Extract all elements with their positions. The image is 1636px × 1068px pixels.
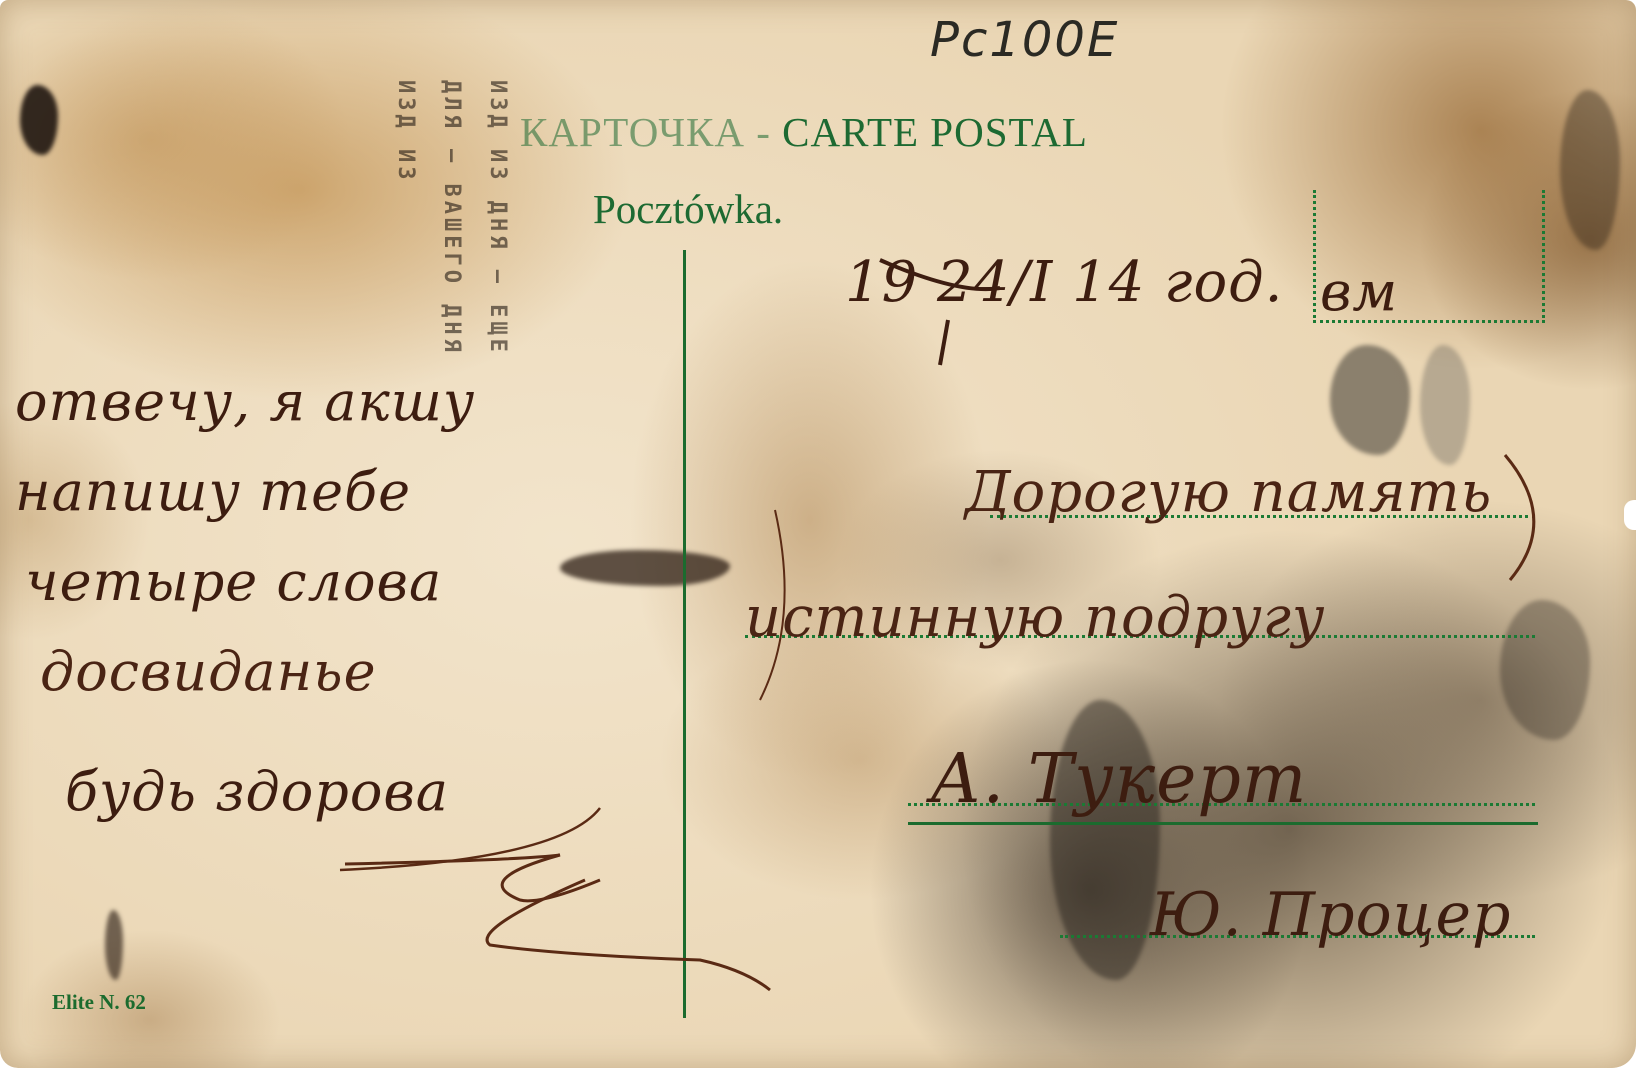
handwritten-address-line-4: Ю. Процер bbox=[1150, 880, 1511, 950]
center-divider bbox=[683, 250, 686, 1018]
ink-stain bbox=[1500, 600, 1590, 740]
ink-stain bbox=[1420, 345, 1470, 465]
handwritten-date: 19 24/I 14 год. bbox=[845, 250, 1283, 315]
message-line-5: будь здорова bbox=[65, 760, 449, 823]
publisher-mark: Elite N. 62 bbox=[52, 990, 146, 1015]
message-line-2: напишу тебе bbox=[15, 460, 411, 523]
postcard: ИЗД ИЗ ДНЯ — ЕЩЕ ДЛЯ — ВАШЕГО ДНЯ ИЗД ИЗ… bbox=[0, 0, 1636, 1068]
printed-header: КАРТОЧКА - CARTE POSTAL bbox=[520, 108, 1088, 156]
ink-stain bbox=[1560, 90, 1620, 250]
header-pocztowka: Pocztówka. bbox=[593, 185, 783, 233]
message-line-1: отвечу, я акшу bbox=[15, 370, 475, 433]
header-russian-faded: КАРТОЧКА - bbox=[520, 109, 771, 155]
archive-reference-mark: Pc100E bbox=[930, 12, 1119, 68]
message-line-4: досвиданье bbox=[40, 640, 377, 703]
edge-tear bbox=[1624, 500, 1636, 530]
ink-stain bbox=[1330, 345, 1410, 455]
header-carte-postale: CARTE POSTAL bbox=[782, 109, 1088, 155]
handwritten-address-line-2: истинную подругу bbox=[745, 585, 1325, 650]
ink-stain bbox=[20, 85, 58, 155]
message-line-3: четыре слова bbox=[25, 550, 442, 613]
handwritten-stamp-area: вм bbox=[1320, 260, 1398, 323]
ink-stain bbox=[105, 910, 123, 980]
address-line-underline bbox=[908, 822, 1538, 825]
handwritten-address-line-1: Дорогую память bbox=[965, 460, 1492, 525]
bleed-through-print: ИЗД ИЗ ДНЯ — ЕЩЕ ДЛЯ — ВАШЕГО ДНЯ ИЗД ИЗ bbox=[160, 80, 520, 380]
handwritten-address-line-3: А. Тукерт bbox=[930, 740, 1307, 819]
ink-stain bbox=[560, 550, 730, 586]
